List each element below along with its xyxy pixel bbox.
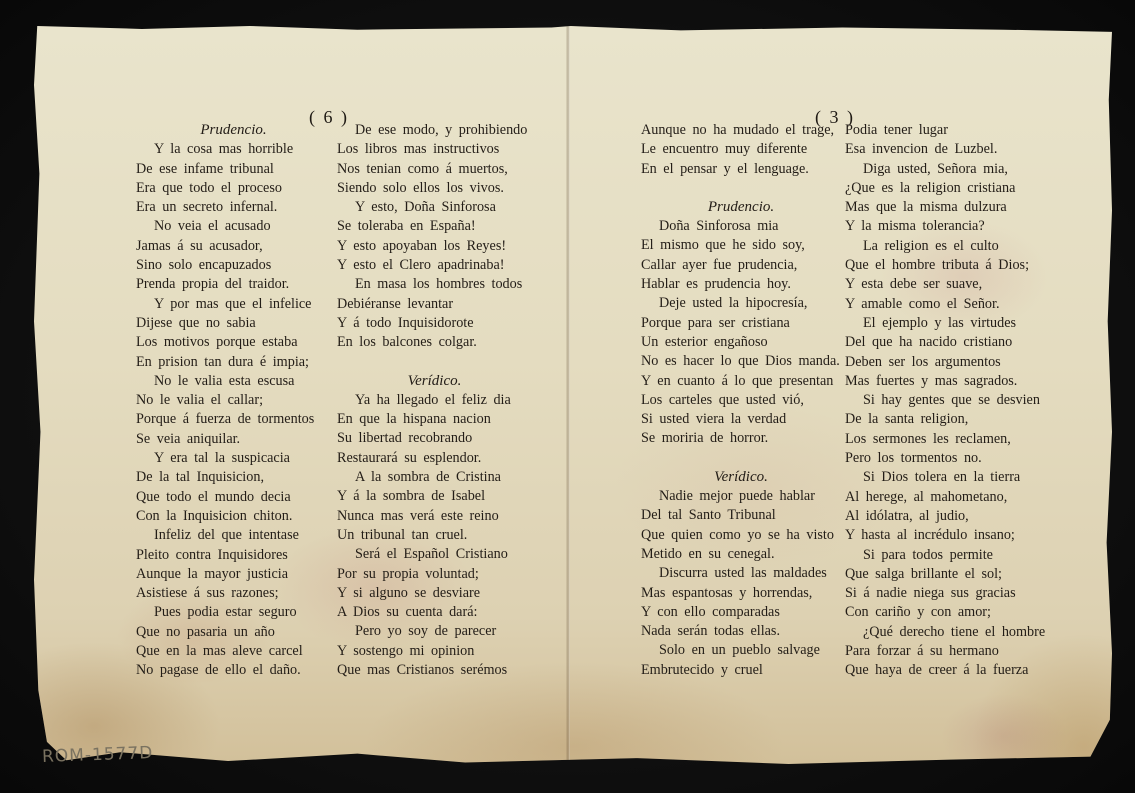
verse-line: Nunca mas verá este reino	[337, 507, 532, 526]
verse-line: Ya ha llegado el feliz dia	[337, 391, 532, 410]
verse-line: Doña Sinforosa mia	[641, 217, 841, 236]
verse-line: Que el hombre tributa á Dios;	[845, 256, 1045, 275]
verse-line: Y esta debe ser suave,	[845, 275, 1045, 294]
verse-line: Que quien como yo se ha visto	[641, 526, 841, 545]
archive-stamp: ROM-1577D	[42, 743, 154, 767]
speaker-heading: Prudencio.	[641, 198, 841, 217]
verse-line: Los motivos porque estaba	[136, 333, 331, 352]
verse-line: Y esto, Doña Sinforosa	[337, 198, 532, 217]
verse-line: Si á nadie niega sus gracias	[845, 584, 1045, 603]
verse-line: Era un secreto infernal.	[136, 198, 331, 217]
verse-line: Un esterior engañoso	[641, 333, 841, 352]
verse-line: Sino solo encapuzados	[136, 256, 331, 275]
verse-line: Nada serán todas ellas.	[641, 622, 841, 641]
verse-line: Se veia aniquilar.	[136, 430, 331, 449]
verse-line: Pero los tormentos no.	[845, 449, 1045, 468]
speaker-heading: Verídico.	[641, 468, 841, 487]
verse-line: Dijese que no sabia	[136, 314, 331, 333]
stanza-gap	[641, 449, 841, 468]
center-fold	[566, 26, 570, 764]
stanza-gap	[337, 353, 532, 372]
verse-line: Y esto apoyaban los Reyes!	[337, 237, 532, 256]
verse-line: Y esto el Clero apadrinaba!	[337, 256, 532, 275]
verse-line: Se moriria de horror.	[641, 429, 841, 448]
verse-line: Y hasta al incrédulo insano;	[845, 526, 1045, 545]
verse-line: Restaurará su esplendor.	[337, 449, 532, 468]
left-page-column-1: Prudencio.Y la cosa mas horribleDe ese i…	[136, 121, 331, 681]
left-page-column-2: De ese modo, y prohibiendoLos libros mas…	[337, 121, 532, 680]
speaker-heading: Verídico.	[337, 372, 532, 391]
verse-line: Que haya de creer á la fuerza	[845, 661, 1045, 680]
verse-line: Esa invencion de Luzbel.	[845, 140, 1045, 159]
verse-line: A Dios su cuenta dará:	[337, 603, 532, 622]
verse-line: Solo en un pueblo salvage	[641, 641, 841, 660]
verse-line: Por su propia voluntad;	[337, 565, 532, 584]
verse-line: En que la hispana nacion	[337, 410, 532, 429]
verse-line: Aunque no ha mudado el trage,	[641, 121, 841, 140]
verse-line: Los libros mas instructivos	[337, 140, 532, 159]
verse-line: No le valia esta escusa	[136, 372, 331, 391]
verse-line: ¿Que es la religion cristiana	[845, 179, 1045, 198]
verse-line: Del que ha nacido cristiano	[845, 333, 1045, 352]
verse-line: Infeliz del que intentase	[136, 526, 331, 545]
verse-line: Que mas Cristianos serémos	[337, 661, 532, 680]
verse-line: Los sermones les reclamen,	[845, 430, 1045, 449]
verse-line: Su libertad recobrando	[337, 429, 532, 448]
verse-line: Si Dios tolera en la tierra	[845, 468, 1045, 487]
right-page-column-2: Podia tener lugarEsa invencion de Luzbel…	[845, 121, 1045, 681]
verse-line: Y con ello comparadas	[641, 603, 841, 622]
stanza-gap	[641, 179, 841, 198]
verse-line: Y sostengo mi opinion	[337, 642, 532, 661]
verse-line: Asistiese á sus razones;	[136, 584, 331, 603]
verse-line: Pero yo soy de parecer	[337, 622, 532, 641]
verse-line: Y era tal la suspicacia	[136, 449, 331, 468]
verse-line: Un tribunal tan cruel.	[337, 526, 532, 545]
verse-line: Mas fuertes y mas sagrados.	[845, 372, 1045, 391]
verse-line: El mismo que he sido soy,	[641, 236, 841, 255]
verse-line: Para forzar á su hermano	[845, 642, 1045, 661]
verse-line: Pleito contra Inquisidores	[136, 546, 331, 565]
verse-line: Diga usted, Señora mia,	[845, 160, 1045, 179]
verse-line: Del tal Santo Tribunal	[641, 506, 841, 525]
verse-line: El ejemplo y las virtudes	[845, 314, 1045, 333]
verse-line: Podia tener lugar	[845, 121, 1045, 140]
verse-line: Que todo el mundo decia	[136, 488, 331, 507]
verse-line: Mas que la misma dulzura	[845, 198, 1045, 217]
verse-line: Con cariño y con amor;	[845, 603, 1045, 622]
verse-line: Deje usted la hipocresía,	[641, 294, 841, 313]
verse-line: Era que todo el proceso	[136, 179, 331, 198]
right-page-column-1: Aunque no ha mudado el trage,Le encuentr…	[641, 121, 841, 680]
verse-line: Al herege, al mahometano,	[845, 488, 1045, 507]
verse-line: Siendo solo ellos los vivos.	[337, 179, 532, 198]
verse-line: En el pensar y el lenguage.	[641, 160, 841, 179]
verse-line: De la santa religion,	[845, 410, 1045, 429]
verse-line: Con la Inquisicion chiton.	[136, 507, 331, 526]
verse-line: Prenda propia del traidor.	[136, 275, 331, 294]
verse-line: Nos tenian como á muertos,	[337, 160, 532, 179]
verse-line: Al idólatra, al judio,	[845, 507, 1045, 526]
verse-line: Discurra usted las maldades	[641, 564, 841, 583]
verse-line: A la sombra de Cristina	[337, 468, 532, 487]
verse-line: Se toleraba en España!	[337, 217, 532, 236]
verse-line: Hablar es prudencia hoy.	[641, 275, 841, 294]
verse-line: No le valia el callar;	[136, 391, 331, 410]
verse-line: Y en cuanto á lo que presentan	[641, 372, 841, 391]
speaker-heading: Prudencio.	[136, 121, 331, 140]
verse-line: Que en la mas aleve carcel	[136, 642, 331, 661]
verse-line: La religion es el culto	[845, 237, 1045, 256]
verse-line: No es hacer lo que Dios manda.	[641, 352, 841, 371]
verse-line: No veia el acusado	[136, 217, 331, 236]
verse-line: Y si alguno se desviare	[337, 584, 532, 603]
verse-line: Le encuentro muy diferente	[641, 140, 841, 159]
verse-line: Jamas á su acusador,	[136, 237, 331, 256]
verse-line: Que salga brillante el sol;	[845, 565, 1045, 584]
verse-line: Y por mas que el infelice	[136, 295, 331, 314]
verse-line: Los carteles que usted vió,	[641, 391, 841, 410]
verse-line: Y á todo Inquisidorote	[337, 314, 532, 333]
verse-line: Callar ayer fue prudencia,	[641, 256, 841, 275]
verse-line: Deben ser los argumentos	[845, 353, 1045, 372]
verse-line: Si hay gentes que se desvien	[845, 391, 1045, 410]
verse-line: Porque á fuerza de tormentos	[136, 410, 331, 429]
verse-line: En los balcones colgar.	[337, 333, 532, 352]
verse-line: De la tal Inquisicion,	[136, 468, 331, 487]
verse-line: Porque para ser cristiana	[641, 314, 841, 333]
verse-line: Y la misma tolerancia?	[845, 217, 1045, 236]
verse-line: Será el Español Cristiano	[337, 545, 532, 564]
verse-line: Aunque la mayor justicia	[136, 565, 331, 584]
verse-line: Debiéranse levantar	[337, 295, 532, 314]
verse-line: En masa los hombres todos	[337, 275, 532, 294]
verse-line: Metido en su cenegal.	[641, 545, 841, 564]
verse-line: Nadie mejor puede hablar	[641, 487, 841, 506]
verse-line: Y amable como el Señor.	[845, 295, 1045, 314]
verse-line: Si para todos permite	[845, 546, 1045, 565]
verse-line: ¿Qué derecho tiene el hombre	[845, 623, 1045, 642]
verse-line: Embrutecido y cruel	[641, 661, 841, 680]
verse-line: Pues podia estar seguro	[136, 603, 331, 622]
verse-line: Y la cosa mas horrible	[136, 140, 331, 159]
verse-line: Mas espantosas y horrendas,	[641, 584, 841, 603]
verse-line: No pagase de ello el daño.	[136, 661, 331, 680]
verse-line: Y á la sombra de Isabel	[337, 487, 532, 506]
verse-line: De ese infame tribunal	[136, 160, 331, 179]
verse-line: Si usted viera la verdad	[641, 410, 841, 429]
verse-line: De ese modo, y prohibiendo	[337, 121, 532, 140]
verse-line: Que no pasaria un año	[136, 623, 331, 642]
verse-line: En prision tan dura é impia;	[136, 353, 331, 372]
